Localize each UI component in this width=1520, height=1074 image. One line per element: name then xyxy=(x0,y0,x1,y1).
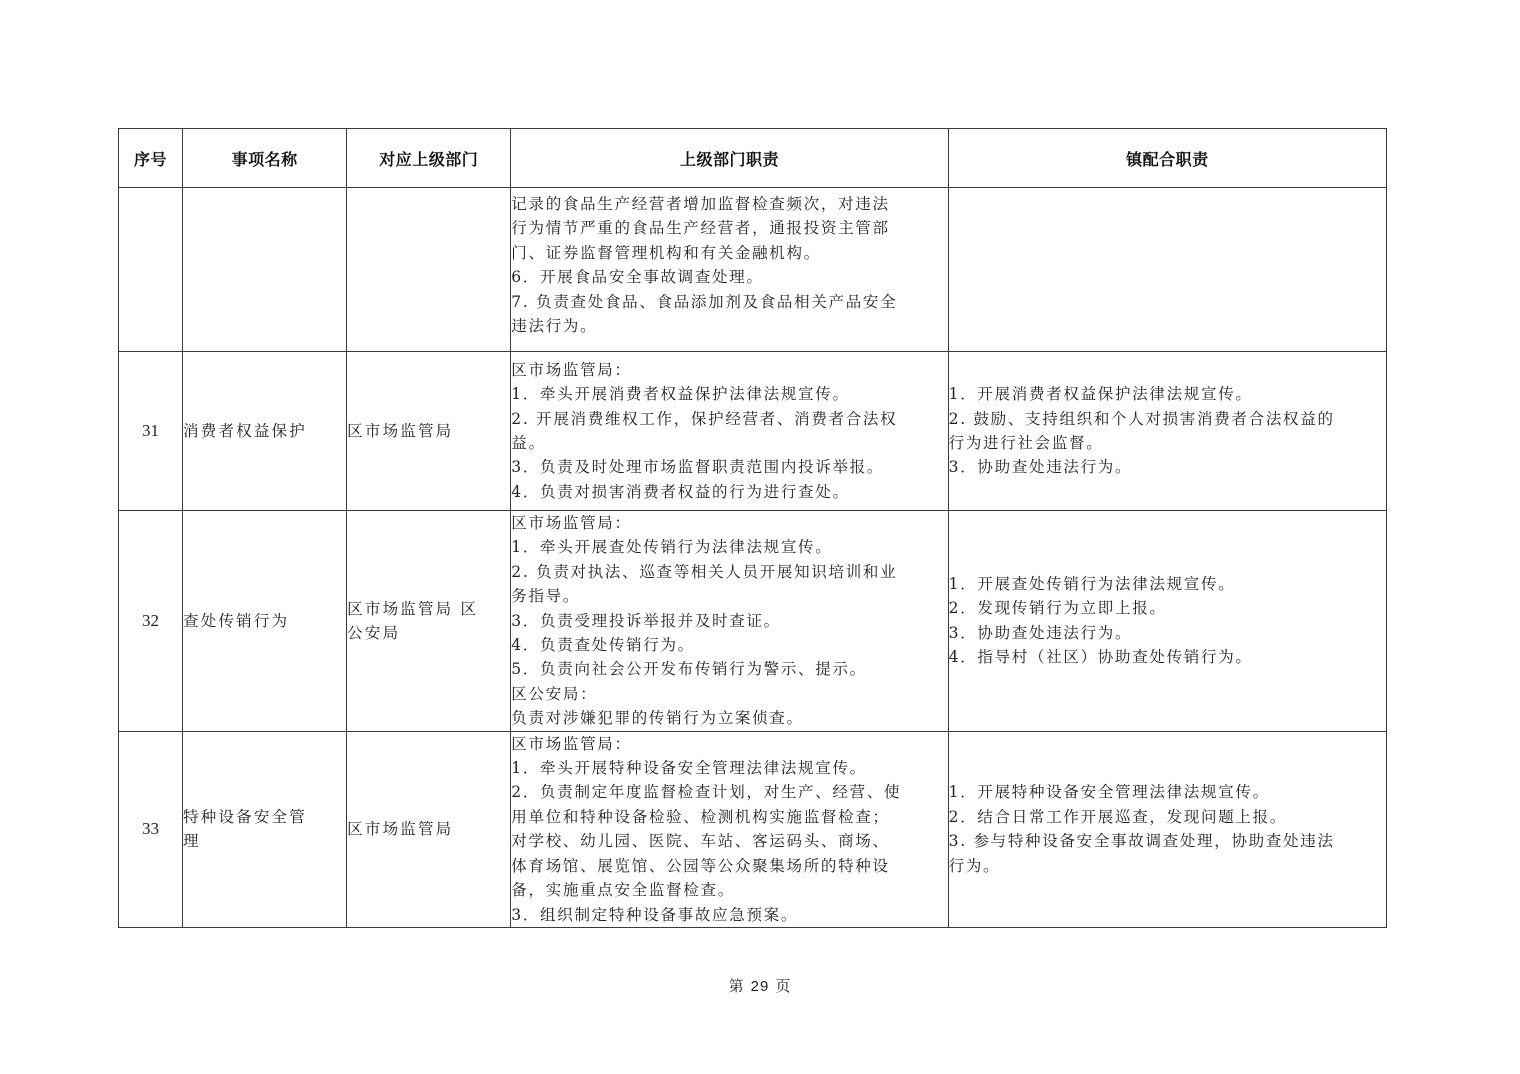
cell-superior-department xyxy=(347,188,511,352)
text-line: 区市场监管局： xyxy=(511,358,947,382)
text-line: 体育场馆、展览馆、公园等公众聚集场所的特种设 xyxy=(511,854,947,878)
cell-town-duties xyxy=(948,188,1386,352)
header-superior-department: 对应上级部门 xyxy=(347,129,511,188)
text-line: 5．负责向社会公开发布传销行为警示、提示。 xyxy=(511,657,947,681)
table-row: 33 特种设备安全管 理 区市场监管局 区市场监管局： 1．牵头开展特种设备安全… xyxy=(119,731,1387,927)
page-number: 29 xyxy=(751,978,770,995)
cell-superior-department: 区市场监管局 区 公安局 xyxy=(347,511,511,732)
text-line: 公安局 xyxy=(347,621,510,645)
text-line: 益。 xyxy=(511,431,947,455)
header-serial-number: 序号 xyxy=(119,129,183,188)
cell-item-name: 特种设备安全管 理 xyxy=(183,731,347,927)
text-line: 区市场监管局 xyxy=(347,419,510,443)
text-line: 4．负责对损害消费者权益的行为进行查处。 xyxy=(511,480,947,504)
text-line: 4．负责查处传销行为。 xyxy=(511,633,947,657)
text-line: 4．指导村（社区）协助查处传销行为。 xyxy=(949,645,1386,669)
text-line: 2．负责制定年度监督检查计划，对生产、经营、使 xyxy=(511,780,947,804)
cell-superior-duties: 区市场监管局： 1．牵头开展查处传销行为法律法规宣传。 2. 负责对执法、巡查等… xyxy=(511,511,948,732)
cell-town-duties: 1．开展特种设备安全管理法律法规宣传。 2．结合日常工作开展巡查，发现问题上报。… xyxy=(948,731,1386,927)
text-line: 2. 开展消费维权工作，保护经营者、消费者合法权 xyxy=(511,407,947,431)
table-row: 32 查处传销行为 区市场监管局 区 公安局 区市场监管局： 1．牵头开展查处传… xyxy=(119,511,1387,732)
text-line: 特种设备安全管 xyxy=(183,805,346,829)
cell-superior-department: 区市场监管局 xyxy=(347,352,511,511)
cell-item-name: 消费者权益保护 xyxy=(183,352,347,511)
text-line: 区市场监管局： xyxy=(511,511,947,535)
text-line: 3．组织制定特种设备事故应急预案。 xyxy=(511,903,947,927)
text-line: 7. 负责查处食品、食品添加剂及食品相关产品安全 xyxy=(511,290,947,314)
document-page: 序号 事项名称 对应上级部门 上级部门职责 镇配合职责 记录的食品生产经营者增加… xyxy=(0,0,1520,1074)
cell-item-name: 查处传销行为 xyxy=(183,511,347,732)
page-number-footer: 第29页 xyxy=(0,975,1520,996)
cell-serial-number: 31 xyxy=(119,352,183,511)
cell-superior-duties: 区市场监管局： 1．牵头开展特种设备安全管理法律法规宣传。 2．负责制定年度监督… xyxy=(511,731,948,927)
text-line: 6．开展食品安全事故调查处理。 xyxy=(511,265,947,289)
text-line: 违法行为。 xyxy=(511,314,947,338)
text-line: 用单位和特种设备检验、检测机构实施监督检查； xyxy=(511,805,947,829)
text-line: 行为。 xyxy=(949,854,1386,878)
text-line: 行为进行社会监督。 xyxy=(949,431,1386,455)
text-line: 消费者权益保护 xyxy=(183,419,346,443)
text-line: 查处传销行为 xyxy=(183,609,346,633)
table-row: 31 消费者权益保护 区市场监管局 区市场监管局： 1．牵头开展消费者权益保护法… xyxy=(119,352,1387,511)
cell-superior-duties: 记录的食品生产经营者增加监督检查频次，对违法 行为情节严重的食品生产经营者，通报… xyxy=(511,188,948,352)
table-header-row: 序号 事项名称 对应上级部门 上级部门职责 镇配合职责 xyxy=(119,129,1387,188)
text-line: 区市场监管局： xyxy=(511,732,947,756)
text-line: 1．开展特种设备安全管理法律法规宣传。 xyxy=(949,780,1386,804)
text-line: 门、证券监督管理机构和有关金融机构。 xyxy=(511,241,947,265)
text-line: 对学校、幼儿园、医院、车站、客运码头、商场、 xyxy=(511,829,947,853)
page-suffix: 页 xyxy=(775,977,791,995)
text-line: 行为情节严重的食品生产经营者，通报投资主管部 xyxy=(511,216,947,240)
page-prefix: 第 xyxy=(729,977,745,995)
text-line: 2. 鼓励、支持组织和个人对损害消费者合法权益的 xyxy=(949,407,1386,431)
text-line: 备，实施重点安全监督检查。 xyxy=(511,878,947,902)
text-line: 3．协助查处违法行为。 xyxy=(949,455,1386,479)
cell-superior-department: 区市场监管局 xyxy=(347,731,511,927)
text-line: 1．牵头开展特种设备安全管理法律法规宣传。 xyxy=(511,756,947,780)
cell-serial-number: 32 xyxy=(119,511,183,732)
cell-serial-number: 33 xyxy=(119,731,183,927)
text-line: 2. 负责对执法、巡查等相关人员开展知识培训和业 xyxy=(511,560,947,584)
header-town-duties: 镇配合职责 xyxy=(948,129,1386,188)
text-line: 3．协助查处违法行为。 xyxy=(949,621,1386,645)
text-line: 务指导。 xyxy=(511,584,947,608)
cell-town-duties: 1．开展消费者权益保护法律法规宣传。 2. 鼓励、支持组织和个人对损害消费者合法… xyxy=(948,352,1386,511)
text-line: 1．开展查处传销行为法律法规宣传。 xyxy=(949,572,1386,596)
text-line: 3. 参与特种设备安全事故调查处理，协助查处违法 xyxy=(949,829,1386,853)
text-line: 1．牵头开展消费者权益保护法律法规宣传。 xyxy=(511,382,947,406)
text-line: 1．牵头开展查处传销行为法律法规宣传。 xyxy=(511,535,947,559)
cell-town-duties: 1．开展查处传销行为法律法规宣传。 2．发现传销行为立即上报。 3．协助查处违法… xyxy=(948,511,1386,732)
cell-superior-duties: 区市场监管局： 1．牵头开展消费者权益保护法律法规宣传。 2. 开展消费维权工作… xyxy=(511,352,948,511)
header-superior-duties: 上级部门职责 xyxy=(511,129,948,188)
duty-table: 序号 事项名称 对应上级部门 上级部门职责 镇配合职责 记录的食品生产经营者增加… xyxy=(118,128,1387,928)
table-row-continuation: 记录的食品生产经营者增加监督检查频次，对违法 行为情节严重的食品生产经营者，通报… xyxy=(119,188,1387,352)
text-line: 区市场监管局 区 xyxy=(347,597,510,621)
text-line: 1．开展消费者权益保护法律法规宣传。 xyxy=(949,382,1386,406)
cell-serial-number xyxy=(119,188,183,352)
header-item-name: 事项名称 xyxy=(183,129,347,188)
text-line: 记录的食品生产经营者增加监督检查频次，对违法 xyxy=(511,192,947,216)
text-line: 2．结合日常工作开展巡查，发现问题上报。 xyxy=(949,805,1386,829)
text-line: 3．负责受理投诉举报并及时查证。 xyxy=(511,609,947,633)
cell-item-name xyxy=(183,188,347,352)
text-line: 3．负责及时处理市场监督职责范围内投诉举报。 xyxy=(511,455,947,479)
text-line: 负责对涉嫌犯罪的传销行为立案侦查。 xyxy=(511,706,947,730)
text-line: 区公安局： xyxy=(511,682,947,706)
text-line: 2．发现传销行为立即上报。 xyxy=(949,596,1386,620)
text-line: 理 xyxy=(183,829,346,853)
text-line: 区市场监管局 xyxy=(347,817,510,841)
